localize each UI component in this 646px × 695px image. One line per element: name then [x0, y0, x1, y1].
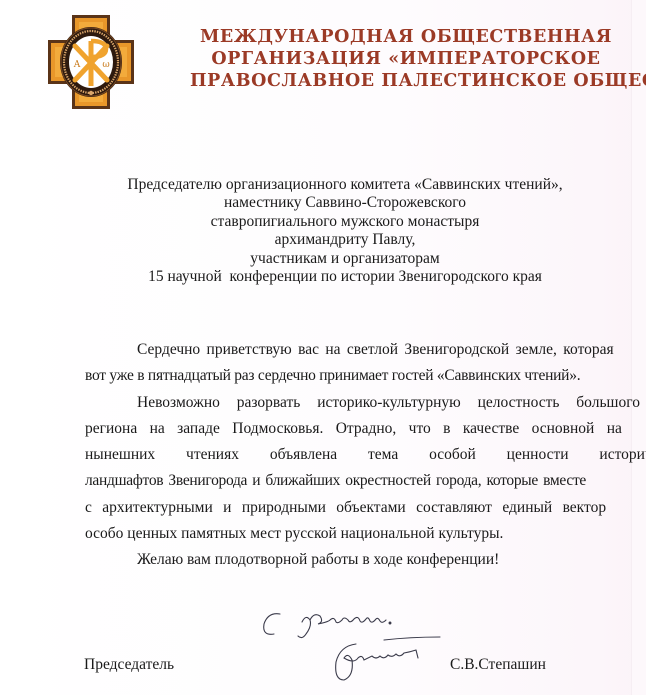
svg-text:А: А — [74, 60, 81, 70]
page-edge — [631, 0, 646, 695]
address-line: участникам и организаторам — [60, 250, 630, 268]
body-line: региона на западе Подмосковья. Отрадно, … — [85, 416, 586, 442]
body-line: нынешних чтениях объявлена тема особой ц… — [85, 442, 586, 468]
body-line: Сердечно приветствую вас на светлой Звен… — [85, 337, 586, 363]
address-line: ставропигиального мужского монастыря — [60, 213, 630, 231]
address-line: наместнику Саввино-Сторожевского — [60, 194, 630, 212]
svg-text:ω: ω — [102, 60, 109, 70]
signatory-name: С.В.Степашин — [450, 656, 546, 674]
body-line: особо ценных памятных мест русской нацио… — [85, 521, 586, 547]
address-line: Председателю организационного комитета «… — [60, 176, 630, 194]
body-line: с архитектурными и природными объектами … — [85, 495, 586, 521]
address-line: архимандриту Павлу, — [60, 231, 630, 249]
org-title-line-3: Православное Палестинское общество» — [190, 70, 622, 92]
body-line: вот уже в пятнадцатый раз сердечно прини… — [85, 363, 586, 389]
body-line: Невозможно разорвать историко-культурную… — [85, 390, 586, 416]
org-title-line-1: Международная общественная — [190, 26, 622, 48]
organization-title: Международная общественная организация «… — [190, 26, 622, 92]
society-emblem-icon: А ω — [48, 14, 134, 110]
addressee-block: Председателю организационного комитета «… — [60, 176, 630, 286]
handwritten-signature-icon — [240, 600, 460, 695]
signature-block: Председатель С.В.Степашин — [0, 600, 646, 695]
body-line: Желаю вам плодотворной работы в ходе кон… — [85, 547, 586, 573]
letter-body: Сердечно приветствую вас на светлой Звен… — [85, 337, 586, 574]
paragraph-greeting: Сердечно приветствую вас на светлой Звен… — [85, 337, 586, 390]
signatory-title: Председатель — [84, 656, 174, 674]
paragraph-closing: Желаю вам плодотворной работы в ходе кон… — [85, 547, 586, 573]
body-line: ландшафтов Звенигорода и ближайших окрес… — [85, 468, 586, 494]
letter-page: А ω Международная общественная организац… — [0, 0, 646, 695]
org-title-line-2: организация «Императорское — [190, 48, 622, 70]
paragraph-main: Невозможно разорвать историко-культурную… — [85, 390, 586, 548]
address-line: 15 научной конференции по истории Звениг… — [60, 268, 630, 286]
